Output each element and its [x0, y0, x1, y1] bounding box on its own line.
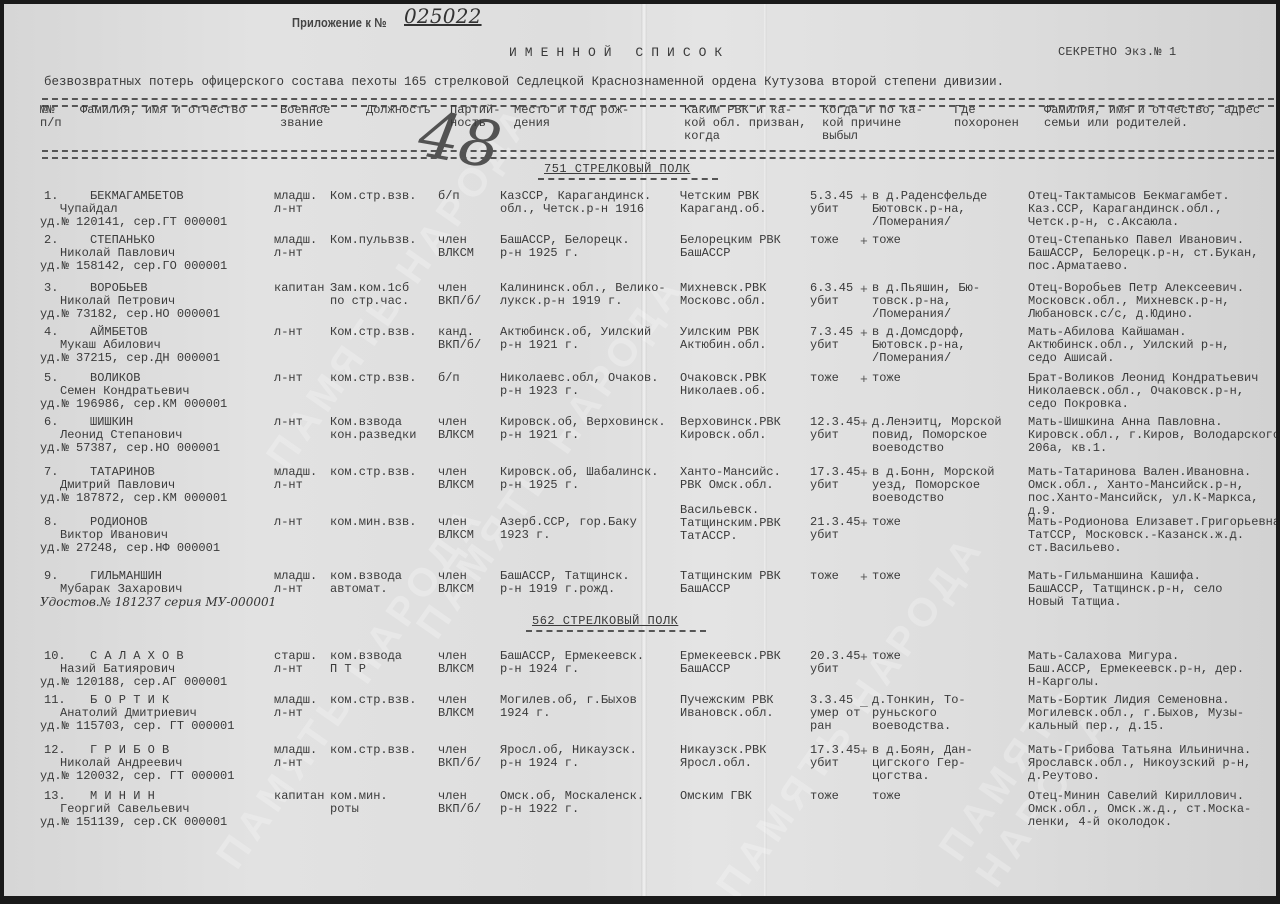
birthplace: Могилев.об, г.Быхов 1924 г.: [500, 694, 637, 720]
id-document: уд.№ 37215, сер.ДН 000001: [40, 352, 220, 365]
burial-place: тоже: [872, 570, 901, 583]
party: член ВКП/б/: [438, 282, 481, 308]
draft-office: Уилским РВК Актюбин.обл.: [680, 326, 766, 352]
draft-office: Михневск.РВК Московс.обл.: [680, 282, 766, 308]
party: член ВЛКСМ: [438, 234, 474, 260]
column-header-rvk: Каким РВК и ка- кой обл. призван, когда: [684, 104, 806, 143]
birthplace: Калининск.обл., Велико- лукск.р-н 1919 г…: [500, 282, 666, 308]
death-cross-mark: +: [860, 282, 868, 297]
position: ком.мин.взв.: [330, 516, 416, 529]
row-number: 2.: [44, 234, 58, 247]
party: член ВЛКСМ: [438, 694, 474, 720]
birthplace: Яросл.об, Никаузск. р-н 1924 г.: [500, 744, 637, 770]
draft-office: Татщинским РВК БашАССР: [680, 570, 781, 596]
family-address: Отец-Минин Савелий Кириллович. Омск.обл.…: [1028, 790, 1251, 829]
birthplace: Азерб.ССР, гор.Баку 1923 г.: [500, 516, 637, 542]
date-reason: 7.3.45 убит: [810, 326, 853, 352]
family-address: Мать-Салахова Мигура. Баш.АССР, Ермекеев…: [1028, 650, 1244, 689]
family-address: Мать-Родионова Елизавет.Григорьевна ТатС…: [1028, 516, 1276, 555]
date-reason: 17.3.45 убит: [810, 744, 860, 770]
draft-office: Пучежским РВК Ивановск.обл.: [680, 694, 774, 720]
id-document: уд.№ 158142, сер.ГО 000001: [40, 260, 227, 273]
appendix-number: 025022: [404, 10, 482, 23]
section-title: 751 СТРЕЛКОВЫЙ ПОЛК: [544, 162, 690, 176]
burial-place: тоже: [872, 650, 901, 663]
id-document: уд.№ 120032, сер. ГТ 000001: [40, 770, 234, 783]
row-number: 5.: [44, 372, 58, 385]
column-header-party: Партий- ность: [450, 104, 500, 130]
birthplace: Актюбинск.об, Уилский р-н 1921 г.: [500, 326, 651, 352]
burial-place: в д.Раденсфельде Бютовск.р-на, /Померани…: [872, 190, 987, 229]
date-reason: 3.3.45 умер от ран: [810, 694, 860, 733]
row-number: 9.: [44, 570, 58, 583]
column-header-name: Фамилия, имя и отчество: [80, 104, 246, 117]
family-address: Мать-Гильманшина Кашифа. БашАССР, Татщин…: [1028, 570, 1222, 609]
position: ком.стр.взв.: [330, 466, 416, 479]
burial-place: тоже: [872, 234, 901, 247]
death-cross-mark: +: [860, 466, 868, 481]
section-underline: [538, 178, 718, 180]
draft-office: Омским ГВК: [680, 790, 752, 803]
position: ком.мин. роты: [330, 790, 388, 816]
death-cross-mark: +: [860, 650, 868, 665]
family-address: Отец-Тактамысов Бекмагамбет. Каз.ССР, Ка…: [1028, 190, 1230, 229]
family-address: Мать-Татаринова Вален.Ивановна. Омск.обл…: [1028, 466, 1258, 518]
row-number: 4.: [44, 326, 58, 339]
column-header-when: Когда и по ка- кой причине выбыл: [822, 104, 923, 143]
id-document: уд.№ 115703, сер. ГТ 000001: [40, 720, 234, 733]
death-cross-mark: +: [860, 516, 868, 531]
party: член ВКП/б/: [438, 744, 481, 770]
death-cross-mark: +: [860, 190, 868, 205]
position: Ком.пульвзв.: [330, 234, 416, 247]
death-cross-mark: _: [860, 694, 868, 709]
rank: л-нт: [274, 416, 303, 429]
column-header-rank: Военное звание: [280, 104, 330, 130]
date-reason: 6.3.45 убит: [810, 282, 853, 308]
position: Зам.ком.1сб по стр.час.: [330, 282, 409, 308]
burial-place: д.Ленэитц, Морской повид, Поморское воев…: [872, 416, 1002, 455]
column-header-position: Должность: [366, 104, 431, 117]
rank: младш. л-нт: [274, 744, 317, 770]
position: Ком.стр.взв.: [330, 190, 416, 203]
burial-place: тоже: [872, 516, 901, 529]
party: член ВЛКСМ: [438, 516, 474, 542]
position: ком.стр.взв.: [330, 694, 416, 707]
date-reason: тоже: [810, 372, 839, 385]
rank: капитан: [274, 790, 324, 803]
burial-place: в д.Пьяшин, Бю- товск.р-на, /Померания/: [872, 282, 980, 321]
appendix-label: Приложение к №: [292, 16, 387, 29]
row-number: 7.: [44, 466, 58, 479]
id-document: уд.№ 187872, сер.КМ 000001: [40, 492, 227, 505]
header-rule-bottom: [42, 150, 1274, 159]
rank: младш. л-нт: [274, 694, 317, 720]
date-reason: тоже: [810, 234, 839, 247]
section-underline: [526, 630, 706, 632]
burial-place: д.Тонкин, То- руньского воеводства.: [872, 694, 966, 733]
party: б/п: [438, 372, 460, 385]
burial-place: в д.Домсдорф, Бютовск.р-на, /Померания/: [872, 326, 966, 365]
family-address: Мать-Абилова Кайшаман. Актюбинск.обл., У…: [1028, 326, 1230, 365]
draft-office: Ермекеевск.РВК БашАССР: [680, 650, 781, 676]
party: член ВЛКСМ: [438, 570, 474, 596]
draft-office: Васильевск. Татщинским.РВК ТатАССР.: [680, 504, 781, 543]
position: ком.взвода П Т Р: [330, 650, 402, 676]
secret-classification: СЕКРЕТНО Экз.№ 1: [1058, 46, 1176, 59]
date-reason: тоже: [810, 570, 839, 583]
family-address: Мать-Шишкина Анна Павловна. Кировск.обл.…: [1028, 416, 1276, 455]
row-number: 3.: [44, 282, 58, 295]
id-document: уд.№ 120188, сер.АГ 000001: [40, 676, 227, 689]
draft-office: Ханто-Мансийс. РВК Омск.обл.: [680, 466, 781, 492]
death-cross-mark: +: [860, 234, 868, 249]
party: канд. ВКП/б/: [438, 326, 481, 352]
id-document: уд.№ 73182, сер.НО 000001: [40, 308, 220, 321]
date-reason: 21.3.45 убит: [810, 516, 860, 542]
watermark: ПАМЯТЬ НАРОДА: [208, 496, 494, 877]
row-number: 6.: [44, 416, 58, 429]
date-reason: 20.3.45 убит: [810, 650, 860, 676]
rank: л-нт: [274, 326, 303, 339]
rank: младш. л-нт: [274, 190, 317, 216]
rank: старш. л-нт: [274, 650, 317, 676]
position: ком.взвода автомат.: [330, 570, 402, 596]
death-cross-mark: +: [860, 570, 868, 585]
position: ком.стр.взв.: [330, 372, 416, 385]
id-document: уд.№ 27248, сер.НФ 000001: [40, 542, 220, 555]
date-reason: 12.3.45 убит: [810, 416, 860, 442]
section-title: 562 СТРЕЛКОВЫЙ ПОЛК: [532, 614, 678, 628]
rank: л-нт: [274, 372, 303, 385]
birthplace: КазССР, Карагандинск. обл., Четск.р-н 19…: [500, 190, 651, 216]
position: Ком.стр.взв.: [330, 326, 416, 339]
death-cross-mark: +: [860, 416, 868, 431]
position: ком.стр.взв.: [330, 744, 416, 757]
id-document: уд.№ 196986, сер.КМ 000001: [40, 398, 227, 411]
birthplace: Омск.об, Москаленск. р-н 1922 г.: [500, 790, 644, 816]
party: б/п: [438, 190, 460, 203]
id-document: Удостов.№ 181237 серия МУ-000001: [40, 596, 276, 609]
column-header-buried: Где похоронен: [954, 104, 1019, 130]
death-cross-mark: +: [860, 326, 868, 341]
family-address: Мать-Бортик Лидия Семеновна. Могилевск.о…: [1028, 694, 1244, 733]
birthplace: Кировск.об, Шабалинск. р-н 1925 г.: [500, 466, 658, 492]
column-header-num: №№ п/п: [40, 104, 62, 130]
birthplace: БашАССР, Ермекеевск. р-н 1924 г.: [500, 650, 644, 676]
row-number: 1.: [44, 190, 58, 203]
row-number: 8.: [44, 516, 58, 529]
column-header-family: Фамилия, имя и отчество, адрес семьи или…: [1044, 104, 1260, 130]
burial-place: тоже: [872, 790, 901, 803]
document-sheet: ПАМЯТЬ НАРОДА ПАМЯТЬ НАРОДА ПАМЯТЬ НАРОД…: [4, 4, 1276, 896]
birthplace: Николаевс.обл, Очаков. р-н 1923 г.: [500, 372, 658, 398]
id-document: уд.№ 151139, сер.СК 000001: [40, 816, 227, 829]
burial-place: в д.Бонн, Морской уезд, Поморское воевод…: [872, 466, 994, 505]
page-fold: [641, 4, 647, 896]
draft-office: Очаковск.РВК Николаев.об.: [680, 372, 766, 398]
rank: капитан: [274, 282, 324, 295]
document-subtitle: безвозвратных потерь офицерского состава…: [44, 76, 1004, 89]
party: член ВЛКСМ: [438, 466, 474, 492]
draft-office: Никаузск.РВК Яросл.обл.: [680, 744, 766, 770]
document-title: ИМЕННОЙ СПИСОК: [509, 46, 730, 59]
birthplace: БашАССР, Белорецк. р-н 1925 г.: [500, 234, 630, 260]
id-document: уд.№ 120141, сер.ГТ 000001: [40, 216, 227, 229]
date-reason: тоже: [810, 790, 839, 803]
birthplace: БашАССР, Татщинск. р-н 1919 г.рожд.: [500, 570, 630, 596]
rank: л-нт: [274, 516, 303, 529]
family-address: Отец-Степанько Павел Иванович. БашАССР, …: [1028, 234, 1258, 273]
rank: младш. л-нт: [274, 570, 317, 596]
rank: младш. л-нт: [274, 234, 317, 260]
draft-office: Четским РВК Караганд.об.: [680, 190, 766, 216]
date-reason: 5.3.45 убит: [810, 190, 853, 216]
family-address: Брат-Воликов Леонид Кондратьевич Николае…: [1028, 372, 1258, 411]
draft-office: Верховинск.РВК Кировск.обл.: [680, 416, 781, 442]
death-cross-mark: +: [860, 372, 868, 387]
id-document: уд.№ 57387, сер.НО 000001: [40, 442, 220, 455]
birthplace: Кировск.об, Верховинск. р-н 1921 г.: [500, 416, 666, 442]
column-header-birth: Место и год рож- дения: [514, 104, 629, 130]
family-address: Мать-Грибова Татьяна Ильинична. Ярославс…: [1028, 744, 1251, 783]
draft-office: Белорецким РВК БашАССР: [680, 234, 781, 260]
family-address: Отец-Воробьев Петр Алексеевич. Московск.…: [1028, 282, 1244, 321]
party: член ВЛКСМ: [438, 650, 474, 676]
rank: младш. л-нт: [274, 466, 317, 492]
party: член ВКП/б/: [438, 790, 481, 816]
death-cross-mark: +: [860, 744, 868, 759]
date-reason: 17.3.45 убит: [810, 466, 860, 492]
burial-place: тоже: [872, 372, 901, 385]
position: Ком.взвода кон.разведки: [330, 416, 416, 442]
party: член ВЛКСМ: [438, 416, 474, 442]
burial-place: в д.Боян, Дан- цигского Гер- цогства.: [872, 744, 973, 783]
